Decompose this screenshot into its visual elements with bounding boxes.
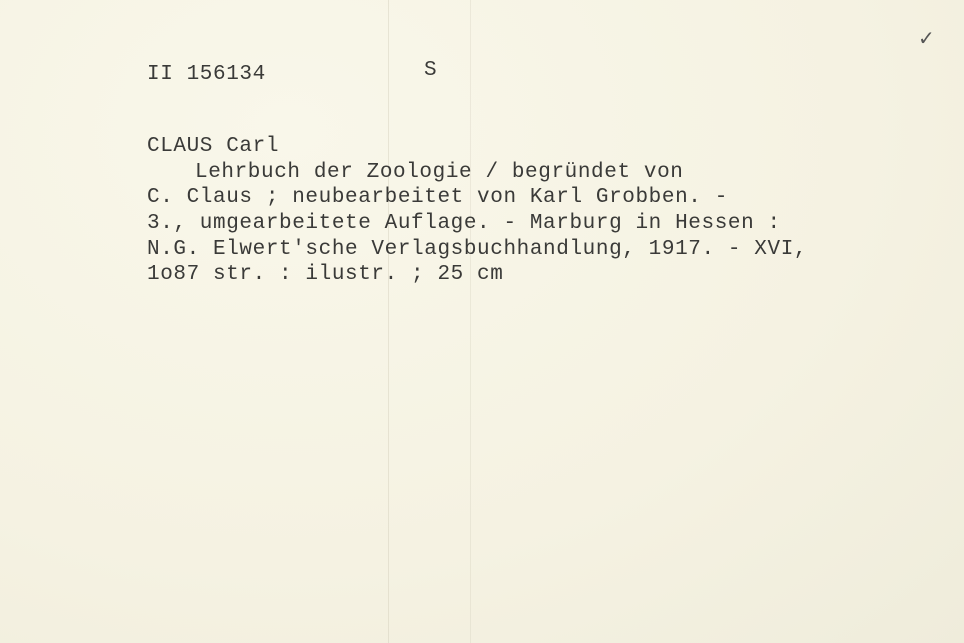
- card-fold-line: [388, 0, 389, 643]
- checkmark-icon: ✓: [918, 26, 935, 50]
- edition-line: 3., umgearbeitete Auflage. - Marburg in …: [147, 213, 781, 235]
- call-number: II 156134: [147, 64, 266, 86]
- physical-description-line: 1o87 str. : ilustr. ; 25 cm: [147, 264, 503, 286]
- card-fold-line: [470, 0, 471, 643]
- title-line: Lehrbuch der Zoologie / begründet von: [195, 162, 683, 184]
- publisher-line: N.G. Elwert'sche Verlagsbuchhandlung, 19…: [147, 239, 807, 261]
- author-heading: CLAUS Carl: [147, 136, 279, 158]
- description-line: C. Claus ; neubearbeitet von Karl Grobbe…: [147, 187, 728, 209]
- catalog-card: II 156134 S ✓ CLAUS Carl Lehrbuch der Zo…: [0, 0, 964, 643]
- location-mark: S: [424, 60, 437, 82]
